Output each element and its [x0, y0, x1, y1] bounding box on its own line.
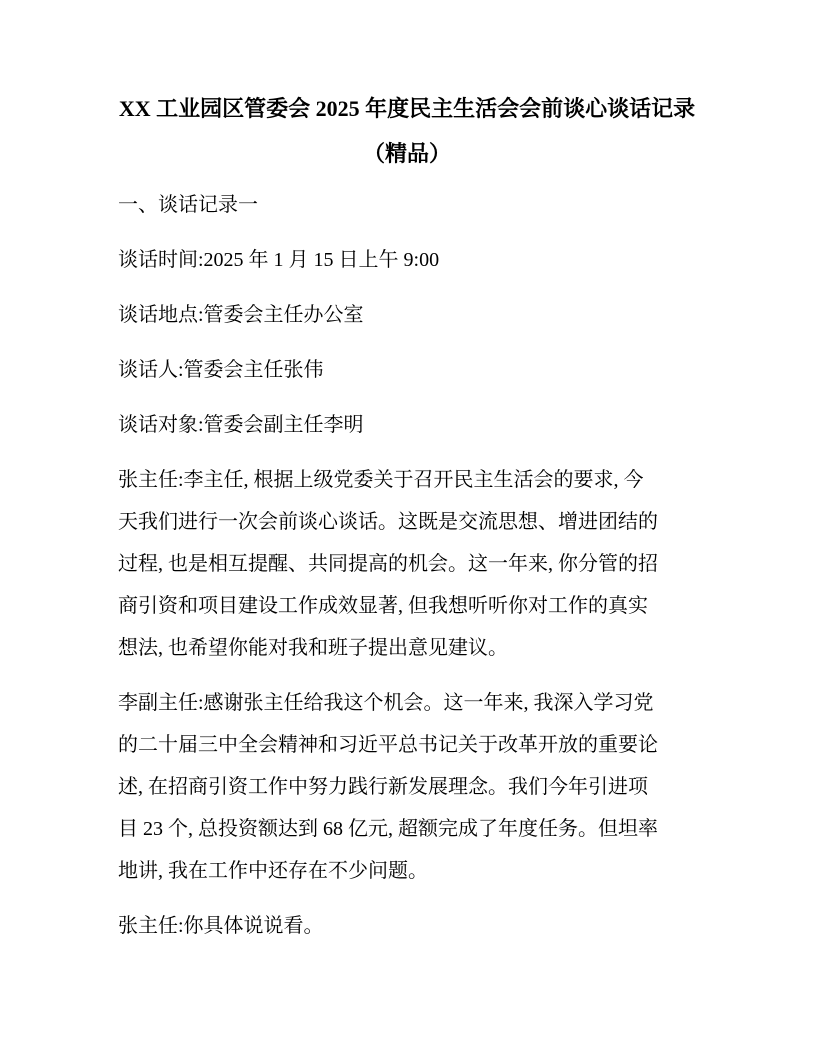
paragraph-conversation-location: 谈话地点:管委会主任办公室: [118, 294, 696, 336]
paragraph-conversation-time: 谈话时间:2025 年 1 月 15 日上午 9:00: [118, 239, 696, 281]
document-title: XX 工业园区管委会 2025 年度民主生活会会前谈心谈话记录 （精品）: [118, 86, 696, 176]
paragraph-interviewer: 谈话人:管委会主任张伟: [118, 349, 696, 391]
section-heading-conversation-record-one: 一、谈话记录一: [118, 184, 696, 226]
paragraph-director-zhang-prompt: 张主任:你具体说说看。: [118, 905, 696, 947]
paragraph-director-zhang-opening: 张主任:李主任, 根据上级党委关于召开民主生活会的要求, 今 天我们进行一次会前…: [118, 459, 696, 669]
document-page: XX 工业园区管委会 2025 年度民主生活会会前谈心谈话记录 （精品） 一、谈…: [0, 0, 816, 1056]
paragraph-deputy-director-li-reply: 李副主任:感谢张主任给我这个机会。这一年来, 我深入学习党 的二十届三中全会精神…: [118, 682, 696, 892]
paragraph-interviewee: 谈话对象:管委会副主任李明: [118, 404, 696, 446]
